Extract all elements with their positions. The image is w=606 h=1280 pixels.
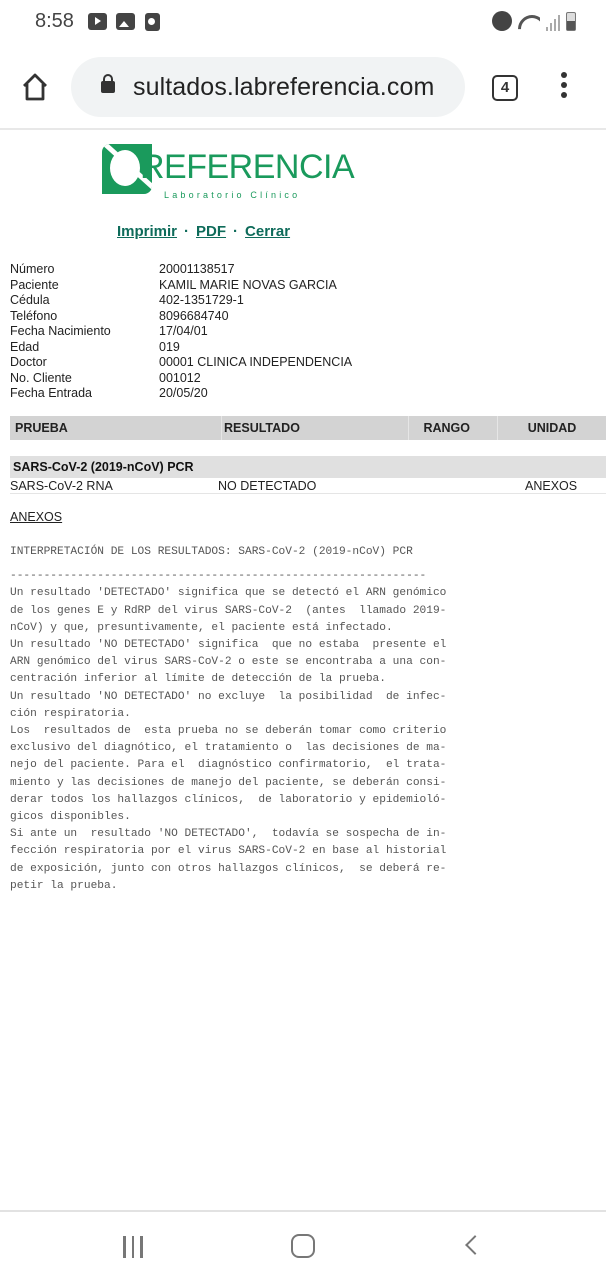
info-value: 019	[159, 340, 180, 356]
home-nav-icon[interactable]	[291, 1234, 315, 1258]
info-row: Fecha Entrada20/05/20	[10, 386, 352, 402]
results-table-header: PRUEBA RESULTADO RANGO UNIDAD	[10, 416, 606, 440]
report-actions: Imprimir·PDF·Cerrar	[117, 223, 290, 240]
signal-icon	[546, 13, 560, 31]
interpretation-text: INTERPRETACIÓN DE LOS RESULTADOS: SARS-C…	[10, 544, 530, 895]
brand-logo: REFERENCIA Laboratorio Clínico	[102, 142, 312, 198]
alarm-icon	[492, 11, 512, 31]
info-label: Teléfono	[10, 309, 159, 325]
column-header-prueba: PRUEBA	[10, 416, 222, 440]
info-row: Doctor00001 CLINICA INDEPENDENCIA	[10, 355, 352, 371]
wifi-icon	[518, 13, 540, 31]
separator: ·	[233, 223, 238, 240]
interpretation-line: nCoV) y que, presuntivamente, el pacient…	[10, 620, 530, 637]
info-value: KAMIL MARIE NOVAS GARCIA	[159, 278, 337, 294]
address-bar[interactable]: sultados.labreferencia.com	[71, 57, 465, 117]
cell-unidad: ANEXOS	[525, 478, 606, 493]
gallery-icon	[116, 13, 135, 30]
status-time: 8:58	[35, 10, 74, 33]
status-bar: 8:58	[0, 0, 606, 44]
battery-icon	[566, 12, 576, 31]
clock-app-icon	[145, 13, 160, 31]
info-row: Teléfono8096684740	[10, 309, 352, 325]
home-icon	[20, 72, 50, 102]
info-row: No. Cliente001012	[10, 371, 352, 387]
brand-name: REFERENCIA	[140, 148, 354, 187]
interpretation-line: miento y las decisiones de manejo del pa…	[10, 775, 530, 792]
info-label: Edad	[10, 340, 159, 356]
close-link[interactable]: Cerrar	[245, 223, 290, 240]
patient-info: Número20001138517PacienteKAMIL MARIE NOV…	[10, 262, 352, 402]
url-text[interactable]: sultados.labreferencia.com	[133, 73, 434, 102]
lock-icon	[101, 81, 115, 93]
info-label: Doctor	[10, 355, 159, 371]
interpretation-line: Un resultado 'DETECTADO' significa que s…	[10, 585, 530, 602]
info-value: 20001138517	[159, 262, 235, 278]
interpretation-line: ción respiratoria.	[10, 706, 530, 723]
back-icon[interactable]	[465, 1235, 485, 1255]
interpretation-line: ARN genómico del virus SARS-CoV-2 o este…	[10, 654, 530, 671]
info-row: Cédula402-1351729-1	[10, 293, 352, 309]
column-header-unidad: UNIDAD	[498, 416, 606, 440]
print-link[interactable]: Imprimir	[117, 223, 177, 240]
interpretation-title: INTERPRETACIÓN DE LOS RESULTADOS: SARS-C…	[10, 544, 530, 561]
interpretation-line: Si ante un resultado 'NO DETECTADO', tod…	[10, 826, 530, 843]
interpretation-line: Un resultado 'NO DETECTADO' no excluye l…	[10, 689, 530, 706]
info-value: 00001 CLINICA INDEPENDENCIA	[159, 355, 352, 371]
anexos-link[interactable]: ANEXOS	[10, 510, 62, 524]
info-label: Fecha Nacimiento	[10, 324, 159, 340]
interpretation-line: exclusivo del diagnótico, el tratamiento…	[10, 740, 530, 757]
column-header-rango: RANGO	[409, 416, 498, 440]
info-label: Cédula	[10, 293, 159, 309]
interpretation-line: Un resultado 'NO DETECTADO' significa qu…	[10, 637, 530, 654]
divider: ----------------------------------------…	[10, 568, 530, 585]
info-label: No. Cliente	[10, 371, 159, 387]
status-icons	[492, 11, 576, 31]
info-label: Número	[10, 262, 159, 278]
brand-subtitle: Laboratorio Clínico	[164, 190, 300, 200]
info-value: 8096684740	[159, 309, 229, 325]
info-row: Número20001138517	[10, 262, 352, 278]
interpretation-line: Los resultados de esta prueba no se debe…	[10, 723, 530, 740]
home-button[interactable]	[20, 72, 50, 102]
interpretation-line: nejo del paciente. Para el diagnóstico c…	[10, 757, 530, 774]
info-row: Fecha Nacimiento17/04/01	[10, 324, 352, 340]
tab-switcher-button[interactable]: 4	[492, 75, 518, 101]
table-row: SARS-CoV-2 RNA NO DETECTADO ANEXOS	[10, 478, 606, 494]
column-header-resultado: RESULTADO	[222, 416, 409, 440]
info-row: Edad019	[10, 340, 352, 356]
browser-toolbar: sultados.labreferencia.com 4	[0, 44, 606, 130]
info-label: Fecha Entrada	[10, 386, 159, 402]
separator: ·	[184, 223, 189, 240]
interpretation-line: de los genes E y RdRP del virus SARS-CoV…	[10, 603, 530, 620]
info-label: Paciente	[10, 278, 159, 294]
page-content: REFERENCIA Laboratorio Clínico Imprimir·…	[0, 132, 606, 1208]
interpretation-line: derar todos los hallazgos clínicos, de l…	[10, 792, 530, 809]
test-group-title: SARS-CoV-2 (2019-nCoV) PCR	[10, 456, 606, 478]
interpretation-line: petir la prueba.	[10, 878, 530, 895]
info-value: 20/05/20	[159, 386, 208, 402]
interpretation-line: de exposición, junto con otros hallazgos…	[10, 861, 530, 878]
pdf-link[interactable]: PDF	[196, 223, 226, 240]
info-value: 402-1351729-1	[159, 293, 244, 309]
recent-apps-icon[interactable]	[123, 1236, 143, 1258]
cell-prueba: SARS-CoV-2 RNA	[10, 478, 218, 493]
info-row: PacienteKAMIL MARIE NOVAS GARCIA	[10, 278, 352, 294]
interpretation-line: gicos disponibles.	[10, 809, 530, 826]
system-nav-bar	[0, 1210, 606, 1280]
interpretation-line: centración inferior al límite de detecci…	[10, 671, 530, 688]
info-value: 001012	[159, 371, 201, 387]
youtube-icon	[88, 13, 107, 30]
more-vert-icon[interactable]	[558, 72, 570, 104]
interpretation-line: fección respiratoria por el virus SARS-C…	[10, 843, 530, 860]
info-value: 17/04/01	[159, 324, 208, 340]
cell-resultado: NO DETECTADO	[218, 478, 525, 493]
